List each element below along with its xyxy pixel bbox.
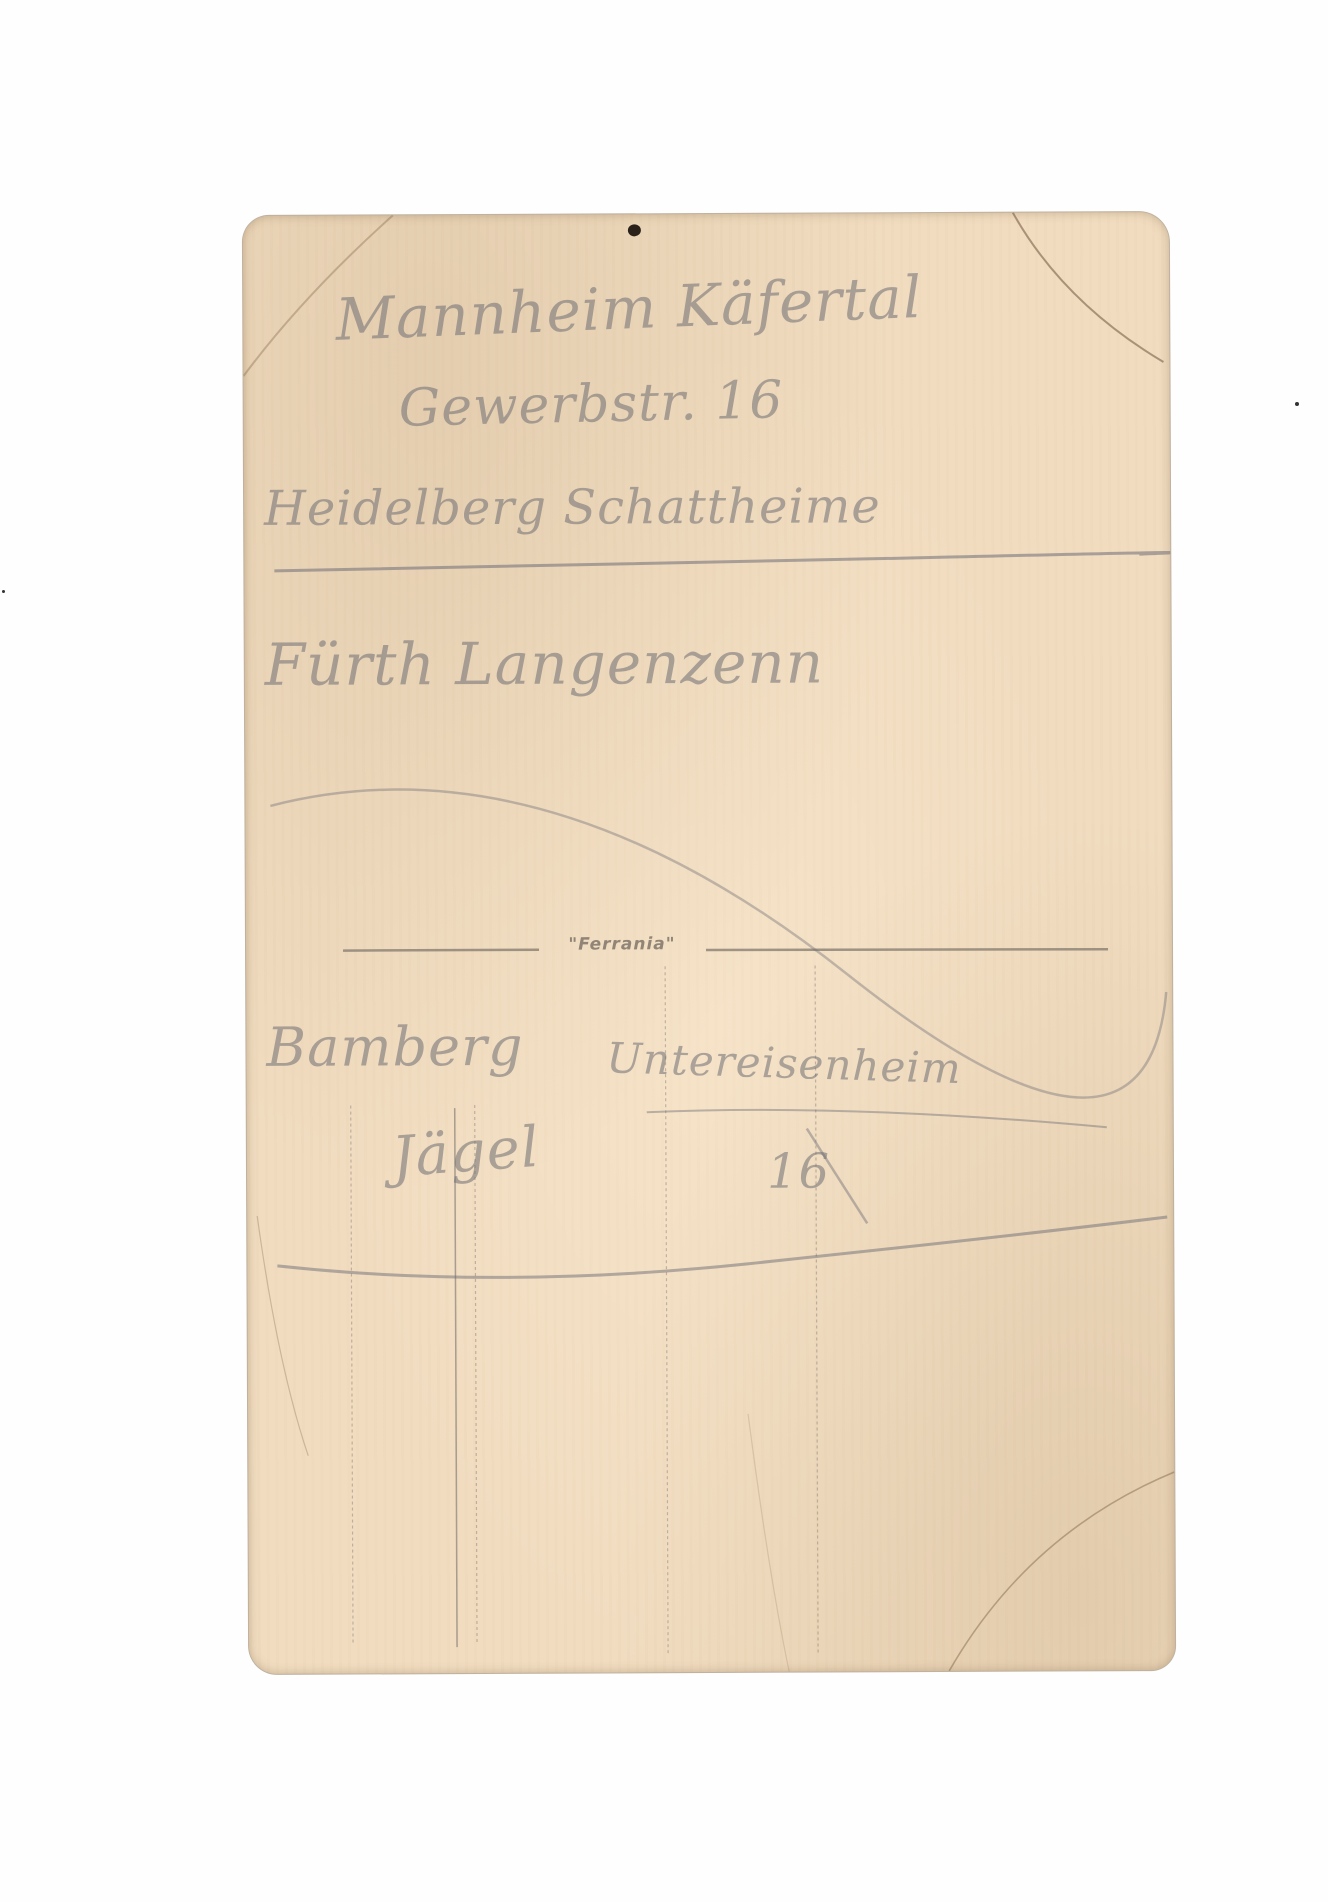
- ferrania-brand-mark: "Ferrania": [542, 934, 702, 955]
- handwritten-line-city-4: Bamberg: [266, 1015, 523, 1079]
- handwritten-line-number: 16: [767, 1143, 830, 1199]
- handwritten-line-city-2: Heidelberg Schattheime: [264, 478, 881, 537]
- handwritten-line-city-6: Jägel: [390, 1115, 542, 1191]
- dust-speck: [1295, 402, 1299, 406]
- postcard-back: Mannheim Käfertal Gewerbstr. 16 Heidelbe…: [243, 212, 1175, 1674]
- handwritten-line-street: Gewerbstr. 16: [398, 370, 784, 438]
- pin-hole: [628, 224, 641, 236]
- dust-speck: [2, 590, 5, 593]
- handwritten-line-city-3: Fürth Langenzenn: [265, 628, 825, 698]
